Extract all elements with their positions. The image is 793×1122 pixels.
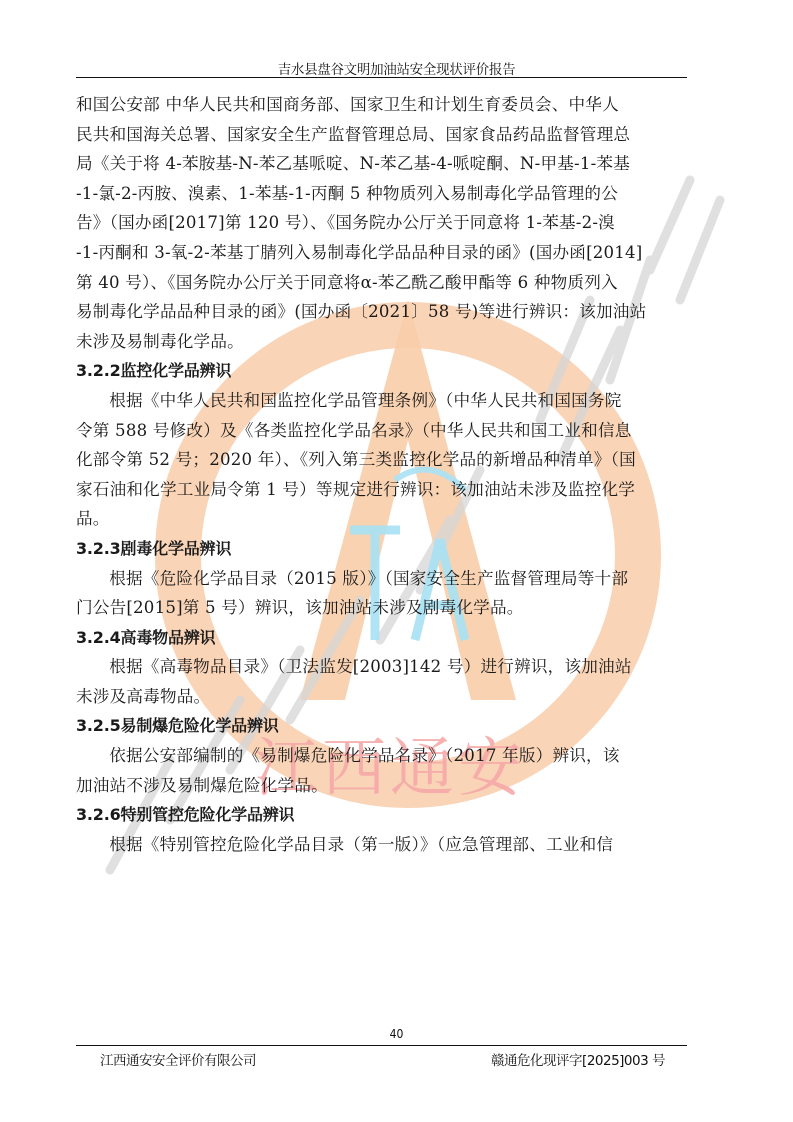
text-line: 加油站不涉及易制爆危险化学品。 <box>76 771 688 801</box>
section-heading-highly-toxic-chemicals: 3.2.3剧毒化学品辨识 <box>76 534 688 564</box>
footer-company-name: 江西通安安全评价有限公司 <box>100 1049 256 1069</box>
section-paragraph: 根据《中华人民共和国监控化学品管理条例》（中华人民共和国国务院 令第 588 号… <box>76 386 688 534</box>
section-heading-high-toxicity-items: 3.2.4高毒物品辨识 <box>76 623 688 653</box>
text-line: -1-氯-2-丙胺、溴素、1-苯基-1-丙酮 5 种物质列入易制毒化学品管理的公 <box>76 179 688 209</box>
document-body: 和国公安部 中华人民共和国商务部、国家卫生和计划生育委员会、中华人 民共和国海关… <box>76 90 688 859</box>
section-paragraph: 根据《高毒物品目录》（卫法监发[2003]142 号）进行辨识，该加油站 未涉及… <box>76 652 688 711</box>
text-line: 品。 <box>76 504 688 534</box>
text-line: 根据《危险化学品目录（2015 版）》（国家安全生产监督管理局等十部 <box>76 564 688 594</box>
section-paragraph: 根据《特别管控危险化学品目录（第一版）》（应急管理部、工业和信 <box>76 830 688 860</box>
text-line: 局《关于将 4-苯胺基-N-苯乙基哌啶、N-苯乙基-4-哌啶酮、N-甲基-1-苯… <box>76 149 688 179</box>
text-line: -1-丙酮和 3-氧-2-苯基丁腈列入易制毒化学品品种目录的函》(国办函[201… <box>76 238 688 268</box>
header-divider <box>76 77 687 78</box>
section-heading-explosive-precursors: 3.2.5易制爆危险化学品辨识 <box>76 711 688 741</box>
text-line: 依据公安部编制的《易制爆危险化学品名录》（2017 年版）辨识，该 <box>76 741 688 771</box>
text-line: 根据《高毒物品目录》（卫法监发[2003]142 号）进行辨识，该加油站 <box>76 652 688 682</box>
text-line: 民共和国海关总署、国家安全生产监督管理总局、国家食品药品监督管理总 <box>76 120 688 150</box>
text-line: 门公告[2015]第 5 号）辨识，该加油站未涉及剧毒化学品。 <box>76 593 688 623</box>
document-header-title: 吉水县盘谷文明加油站安全现状评价报告 <box>0 58 793 78</box>
text-line: 和国公安部 中华人民共和国商务部、国家卫生和计划生育委员会、中华人 <box>76 90 688 120</box>
text-line: 根据《特别管控危险化学品目录（第一版）》（应急管理部、工业和信 <box>76 830 688 860</box>
section-paragraph: 根据《危险化学品目录（2015 版）》（国家安全生产监督管理局等十部 门公告[2… <box>76 564 688 623</box>
text-line: 家石油和化学工业局令第 1 号）等规定进行辨识：该加油站未涉及监控化学 <box>76 475 688 505</box>
footer-divider <box>76 1045 687 1046</box>
document-page: 江西通安 吉水县盘谷文明加油站安全现状评价报告 和国公安部 中华人民共和国商务部… <box>0 0 793 1122</box>
intro-paragraph: 和国公安部 中华人民共和国商务部、国家卫生和计划生育委员会、中华人 民共和国海关… <box>76 90 688 356</box>
page-number: 40 <box>0 1027 793 1041</box>
section-heading-specially-controlled-chemicals: 3.2.6特别管控危险化学品辨识 <box>76 800 688 830</box>
text-line: 告》（国办函[2017]第 120 号）、《国务院办公厅关于同意将 1-苯基-2… <box>76 208 688 238</box>
text-line: 第 40 号）、《国务院办公厅关于同意将α-苯乙酰乙酸甲酯等 6 种物质列入 <box>76 268 688 298</box>
section-paragraph: 依据公安部编制的《易制爆危险化学品名录》（2017 年版）辨识，该 加油站不涉及… <box>76 741 688 800</box>
text-line: 化部令第 52 号；2020 年）、《列入第三类监控化学品的新增品种清单》（国 <box>76 445 688 475</box>
text-line: 根据《中华人民共和国监控化学品管理条例》（中华人民共和国国务院 <box>76 386 688 416</box>
text-line: 未涉及高毒物品。 <box>76 682 688 712</box>
section-heading-monitored-chemicals: 3.2.2监控化学品辨识 <box>76 356 688 386</box>
text-line: 未涉及易制毒化学品。 <box>76 327 688 357</box>
text-line: 易制毒化学品品种目录的函》(国办函〔2021〕58 号)等进行辨识：该加油站 <box>76 297 688 327</box>
footer-document-number: 赣通危化现评字[2025]003 号 <box>491 1049 665 1069</box>
text-line: 令第 588 号修改）及《各类监控化学品名录》（中华人民共和国工业和信息 <box>76 416 688 446</box>
